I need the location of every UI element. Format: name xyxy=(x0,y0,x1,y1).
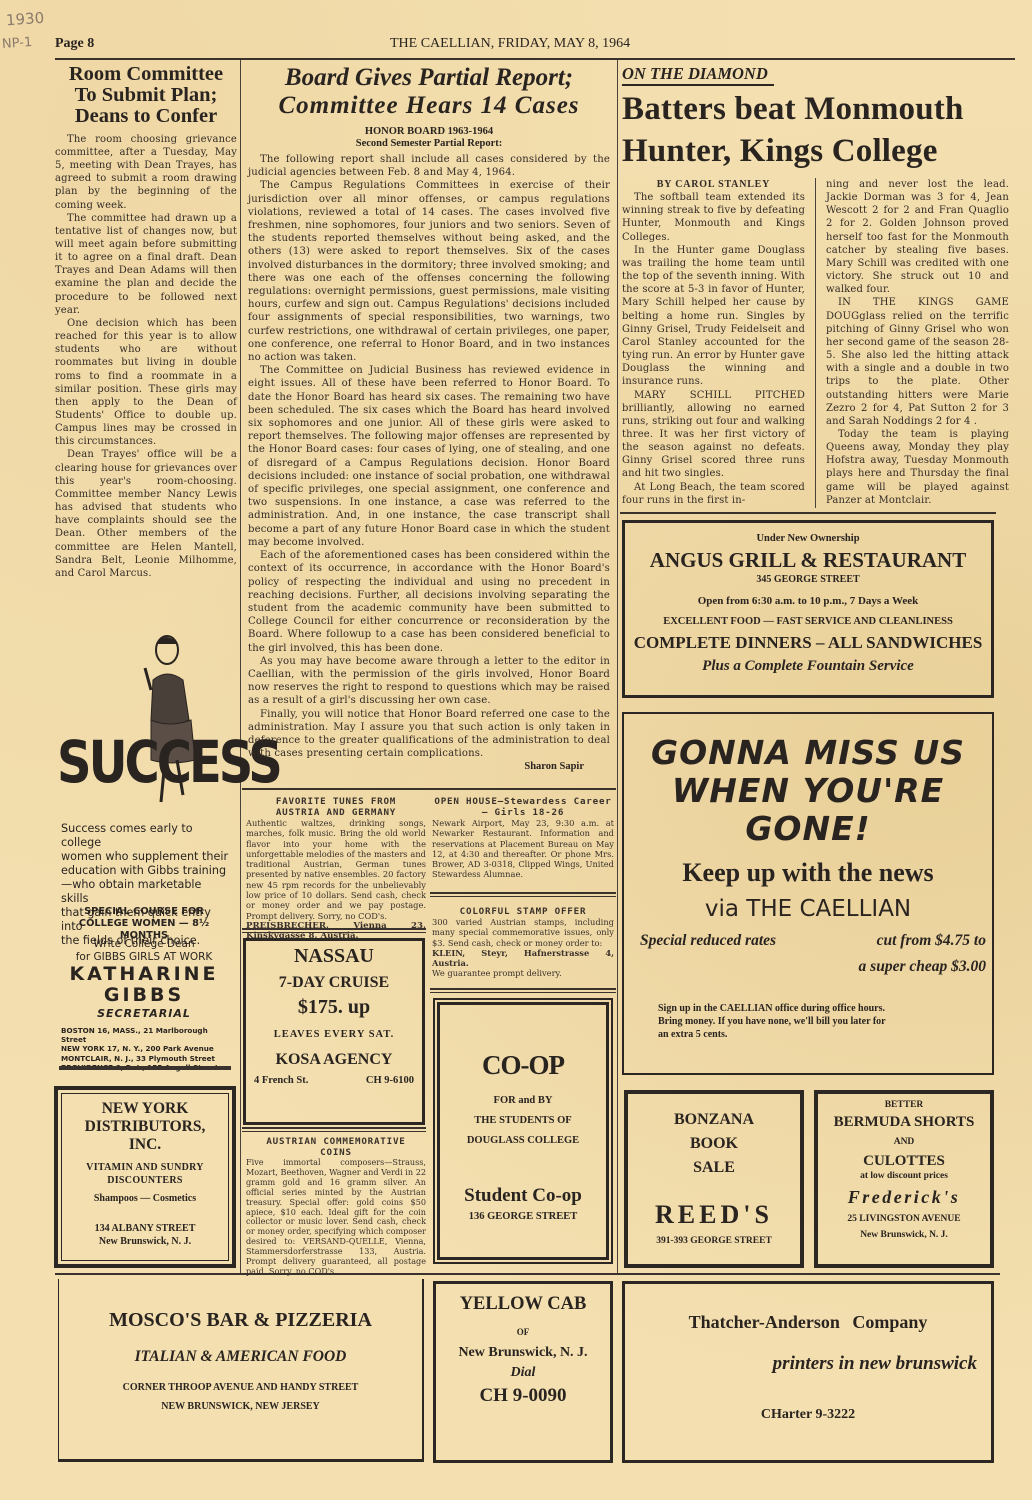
subhead-line: HONOR BOARD 1963-1964 xyxy=(244,126,614,138)
nyd-desc: VITAMIN AND SUNDRY DISCOUNTERS xyxy=(58,1161,232,1187)
gibbs-name: KATHARINE GIBBS xyxy=(55,964,233,1006)
headline-line: Room Committee xyxy=(55,64,237,85)
cab-of: OF xyxy=(436,1327,610,1337)
moscos-name: MOSCO'S BAR & PIZZERIA xyxy=(59,1309,422,1332)
student-coop-ad: CO-OP FOR and BY THE STUDENTS OF DOUGLAS… xyxy=(433,998,613,1264)
caellian-signup: Sign up in the CAELLIAN office during of… xyxy=(624,1002,992,1041)
gibbs-body-line: —who obtain marketable skills xyxy=(61,878,231,906)
fredericks-name: Frederick's xyxy=(818,1187,990,1208)
margin-note-year: 1930 xyxy=(5,9,44,30)
ad-separator xyxy=(242,928,426,933)
ad-separator xyxy=(242,1127,426,1132)
angus-name: ANGUS GRILL & RESTAURANT xyxy=(625,548,991,573)
katharine-gibbs-ad: SUCCESS Success comes early to college w… xyxy=(55,600,235,1075)
thatcher-name: Thatcher-Anderson Company xyxy=(625,1312,991,1333)
stamp-title: COLORFUL STAMP OFFER xyxy=(432,906,614,917)
diamond-columns: BY CAROL STANLEY The softball team exten… xyxy=(622,178,1012,508)
yellow-cab-ad: YELLOW CAB OF New Brunswick, N. J. Dial … xyxy=(433,1281,613,1463)
board-headline: Board Gives Partial Report; Committee He… xyxy=(244,64,614,120)
paragraph: Today the team is playing Queens away, M… xyxy=(826,428,1009,507)
paragraph: The following report shall include all c… xyxy=(248,153,610,179)
reeds-line: BOOK xyxy=(628,1132,800,1156)
reeds-line: BONZANA xyxy=(628,1108,800,1132)
angus-features: EXCELLENT FOOD — FAST SERVICE AND CLEANL… xyxy=(625,616,991,627)
open-house-ad: OPEN HOUSE—Stewardess Career— Girls 18-2… xyxy=(432,796,614,880)
rates-cut: cut from $4.75 to xyxy=(877,932,986,950)
paragraph: The committee had drawn up a tentative l… xyxy=(55,212,237,317)
headline-line: Board Gives Partial Report; xyxy=(244,64,614,92)
board-signature: Sharon Sapir xyxy=(244,761,614,772)
slogan-line: GONNA MISS US xyxy=(624,734,992,772)
fredericks-line: at low discount prices xyxy=(818,1171,990,1181)
address-line: MONTCLAIR, N. J., 33 Plymouth Street xyxy=(61,1054,233,1063)
caellian-rates: Special reduced rates cut from $4.75 to xyxy=(624,932,992,950)
diamond-headline: Batters beat Monmouth Hunter, Kings Coll… xyxy=(622,88,1012,172)
angus-fountain: Plus a Complete Fountain Service xyxy=(625,658,991,675)
stamp-offer-ad: COLORFUL STAMP OFFER 300 varied Austrian… xyxy=(432,906,614,979)
name-line: GIBBS xyxy=(55,985,233,1006)
reeds-name: REED'S xyxy=(628,1200,800,1230)
room-committee-article: Room Committee To Submit Plan; Deans to … xyxy=(55,64,237,580)
kicker: ON THE DIAMOND xyxy=(622,64,774,86)
slogan-line: GONE! xyxy=(624,810,992,848)
headline-line: To Submit Plan; xyxy=(55,85,237,106)
coop-store-name: Student Co-op xyxy=(435,1185,611,1207)
tunes-body: Authentic waltzes, drinking songs, march… xyxy=(246,818,426,921)
diamond-bottom-rule xyxy=(620,512,996,514)
nyd-line: DISCOUNTERS xyxy=(58,1174,232,1187)
signup-line: Sign up in the CAELLIAN office during of… xyxy=(658,1002,992,1015)
coop-line: DOUGLASS COLLEGE xyxy=(435,1131,611,1151)
paragraph: ning and never lost the lead. Jackie Dor… xyxy=(826,178,1009,296)
angus-menu: COMPLETE DINNERS – ALL SANDWICHES xyxy=(625,633,991,653)
nyd-line: NEW YORK xyxy=(58,1100,232,1118)
coop-line: THE STUDENTS OF xyxy=(435,1111,611,1131)
headline-line: Deans to Confer xyxy=(55,106,237,127)
paragraph: The Campus Regulations Committees in exe… xyxy=(248,179,610,364)
fredericks-line: 25 LIVINGSTON AVENUE xyxy=(818,1214,990,1224)
tunes-title: FAVORITE TUNES FROM AUSTRIA AND GERMANY xyxy=(246,796,426,818)
nassau-title: NASSAU xyxy=(246,945,422,968)
moscos-food: ITALIAN & AMERICAN FOOD xyxy=(59,1348,422,1366)
nyd-line: INC. xyxy=(58,1136,232,1154)
moscos-pizzeria-ad: MOSCO'S BAR & PIZZERIA ITALIAN & AMERICA… xyxy=(58,1279,424,1462)
nyd-name: NEW YORK DISTRIBUTORS, INC. xyxy=(58,1100,232,1154)
reeds-book-sale-ad: BONZANA BOOK SALE REED'S 391-393 GEORGE … xyxy=(624,1090,804,1268)
rates-new-price: a super cheap $3.00 xyxy=(624,958,992,976)
nassau-cruise-ad: NASSAU 7-DAY CRUISE $175. up LEAVES EVER… xyxy=(243,938,425,1125)
margin-note-code: NP-1 xyxy=(2,35,33,52)
coins-title: AUSTRIAN COMMEMORATIVE COINS xyxy=(246,1136,426,1158)
address-line: BOSTON 16, MASS., 21 Marlborough Street xyxy=(61,1026,233,1044)
moscos-city: NEW BRUNSWICK, NEW JERSEY xyxy=(59,1401,422,1412)
caellian-slogan: GONNA MISS US WHEN YOU'RE GONE! xyxy=(624,734,992,848)
favorite-tunes-ad: FAVORITE TUNES FROM AUSTRIA AND GERMANY … xyxy=(246,796,426,942)
masthead-dateline: THE CAELLIAN, FRIDAY, MAY 8, 1964 xyxy=(390,36,630,52)
paragraph: IN THE KINGS GAME DOUGglass relied on th… xyxy=(826,296,1009,428)
paragraph: Dean Trayes' office will be a clearing h… xyxy=(55,448,237,580)
slogan-line: WHEN YOU'RE xyxy=(624,772,992,810)
caellian-via: via THE CAELLIAN xyxy=(624,896,992,922)
nyd-address: 134 ALBANY STREET New Brunswick, N. J. xyxy=(58,1222,232,1248)
room-body: The room choosing grievance committee, a… xyxy=(55,133,237,580)
openhouse-title: OPEN HOUSE—Stewardess Career— Girls 18-2… xyxy=(432,796,614,818)
nassau-schedule: LEAVES EVERY SAT. xyxy=(246,1029,422,1040)
moscos-corner: CORNER THROOP AVENUE AND HANDY STREET xyxy=(59,1382,422,1393)
angus-grill-ad: Under New Ownership ANGUS GRILL & RESTAU… xyxy=(622,520,994,698)
paragraph: The softball team extended its winning s… xyxy=(622,191,805,244)
reeds-address: 391-393 GEORGE STREET xyxy=(628,1236,800,1246)
paragraph: At Long Beach, the team scored four runs… xyxy=(622,481,805,507)
reeds-line: SALE xyxy=(628,1156,800,1180)
nyd-line: DISTRIBUTORS, xyxy=(58,1118,232,1136)
cab-phone: CH 9-0090 xyxy=(436,1385,610,1407)
signup-line: Bring money. If you have none, we'll bil… xyxy=(658,1015,992,1028)
rates-label: Special reduced rates xyxy=(640,932,776,950)
ad-separator xyxy=(430,892,616,897)
nyd-line: New Brunswick, N. J. xyxy=(58,1235,232,1248)
byline: BY CAROL STANLEY xyxy=(622,178,805,191)
thatcher-phone: CHarter 9-3222 xyxy=(625,1407,991,1423)
success-wordmark: SUCCESS xyxy=(57,729,233,796)
caellian-keep-up: Keep up with the news xyxy=(624,858,992,888)
on-the-diamond-article: ON THE DIAMOND Batters beat Monmouth Hun… xyxy=(622,64,1012,508)
header-rule xyxy=(55,58,1015,60)
nassau-agency: KOSA AGENCY xyxy=(246,1051,422,1069)
column-rule xyxy=(240,60,241,1275)
gibbs-body-line: women who supplement their xyxy=(61,850,231,864)
column-rule xyxy=(815,178,816,508)
paragraph: As you may have become aware through a l… xyxy=(248,655,610,708)
nassau-cruise: 7-DAY CRUISE xyxy=(246,974,422,992)
angus-ownership: Under New Ownership xyxy=(625,533,991,544)
cab-dial: Dial xyxy=(436,1365,610,1381)
caellian-subscription-ad: GONNA MISS US WHEN YOU'RE GONE! Keep up … xyxy=(622,712,994,1075)
gibbs-secretarial: SECRETARIAL xyxy=(55,1007,233,1020)
course-line: SPECIAL COURSE FOR xyxy=(55,906,233,918)
openhouse-body: Newark Airport, May 23, 9:30 a.m. at New… xyxy=(432,818,614,880)
diamond-col-2: ning and never lost the lead. Jackie Dor… xyxy=(826,178,1009,508)
paragraph: MARY SCHILL PITCHED brilliantly, allowin… xyxy=(622,389,805,481)
signup-line: an extra 5 cents. xyxy=(658,1028,992,1041)
honor-board-article: Board Gives Partial Report; Committee He… xyxy=(244,64,614,772)
write-line: Write College Dean xyxy=(55,938,233,951)
ad-separator xyxy=(430,988,616,993)
nassau-contact: 4 French St. CH 9-6100 xyxy=(246,1075,422,1086)
fredericks-line: BETTER xyxy=(818,1100,990,1110)
board-body: The following report shall include all c… xyxy=(244,153,614,760)
address-line: NEW YORK 17, N. Y., 200 Park Avenue xyxy=(61,1044,233,1053)
stamp-address: KLEIN, Steyr, Hafnerstrasse 4, Austria. xyxy=(432,948,614,969)
nassau-price: $175. up xyxy=(246,996,422,1019)
paragraph: Each of the aforementioned cases has bee… xyxy=(248,549,610,655)
fredericks-line: BERMUDA SHORTS xyxy=(818,1114,990,1131)
nyd-products: Shampoos — Cosmetics xyxy=(58,1193,232,1204)
headline-line: Hunter, Kings College xyxy=(622,130,1012,172)
gibbs-body-line: education with Gibbs training xyxy=(61,864,231,878)
fredericks-line: New Brunswick, N. J. xyxy=(818,1230,990,1240)
paragraph: In the Hunter game Douglass was trailing… xyxy=(622,244,805,389)
nassau-address: 4 French St. xyxy=(254,1075,308,1086)
nyd-line: 134 ALBANY STREET xyxy=(58,1222,232,1235)
cab-name: YELLOW CAB xyxy=(436,1294,610,1315)
angus-hours: Open from 6:30 a.m. to 10 p.m., 7 Days a… xyxy=(625,595,991,607)
fredericks-ad: BETTER BERMUDA SHORTS AND CULOTTES at lo… xyxy=(814,1090,994,1268)
bottom-row-rule xyxy=(55,1273,1000,1275)
reeds-sale: BONZANA BOOK SALE xyxy=(628,1108,800,1180)
thatcher-anderson-ad: Thatcher-Anderson Company printers in ne… xyxy=(622,1281,994,1463)
coop-tagline: FOR and BY THE STUDENTS OF DOUGLASS COLL… xyxy=(435,1091,611,1151)
diamond-col-1: BY CAROL STANLEY The softball team exten… xyxy=(622,178,805,508)
paragraph: Finally, you will notice that Honor Boar… xyxy=(248,708,610,761)
room-headline: Room Committee To Submit Plan; Deans to … xyxy=(55,64,237,127)
coop-address: 136 GEORGE STREET xyxy=(435,1211,611,1222)
gibbs-write: Write College Dean for GIBBS GIRLS AT WO… xyxy=(55,938,233,964)
headline-line: Batters beat Monmouth xyxy=(622,88,1012,130)
paragraph: The Committee on Judicial Business has r… xyxy=(248,364,610,549)
austrian-coins-ad: AUSTRIAN COMMEMORATIVE COINS Five immort… xyxy=(246,1136,426,1277)
cab-city: New Brunswick, N. J. xyxy=(436,1345,610,1361)
column-rule xyxy=(617,60,618,1275)
coop-line: FOR and BY xyxy=(435,1091,611,1111)
paragraph: One decision which has been reached for … xyxy=(55,317,237,449)
gibbs-bottom-rule xyxy=(59,1066,231,1070)
ny-distributors-ad: NEW YORK DISTRIBUTORS, INC. VITAMIN AND … xyxy=(54,1086,236,1268)
nassau-phone: CH 9-6100 xyxy=(366,1075,414,1086)
thatcher-tagline: printers in new brunswick xyxy=(625,1353,991,1375)
fredericks-line: CULOTTES xyxy=(818,1153,990,1170)
angus-address: 345 GEORGE STREET xyxy=(625,574,991,585)
fredericks-line: AND xyxy=(818,1137,990,1147)
page-number: Page 8 xyxy=(55,36,94,52)
name-line: KATHARINE xyxy=(55,964,233,985)
gibbs-body-line: Success comes early to college xyxy=(61,822,231,850)
nyd-line: VITAMIN AND SUNDRY xyxy=(58,1161,232,1174)
coins-body: Five immortal composers—Strauss, Mozart,… xyxy=(246,1158,426,1277)
stamp-tail: We guarantee prompt delivery. xyxy=(432,968,614,978)
coop-title: CO-OP xyxy=(435,1050,611,1081)
stamp-body: 300 varied Austrian stamps, including ma… xyxy=(432,917,614,948)
paragraph: The room choosing grievance committee, a… xyxy=(55,133,237,212)
headline-line: Committee Hears 14 Cases xyxy=(244,92,614,120)
board-subhead: HONOR BOARD 1963-1964 Second Semester Pa… xyxy=(244,126,614,150)
gibbs-course: SPECIAL COURSE FOR COLLEGE WOMEN — 8½ MO… xyxy=(55,906,233,942)
subhead-line: Second Semester Partial Report: xyxy=(244,138,614,150)
board-bottom-rule xyxy=(242,788,616,790)
